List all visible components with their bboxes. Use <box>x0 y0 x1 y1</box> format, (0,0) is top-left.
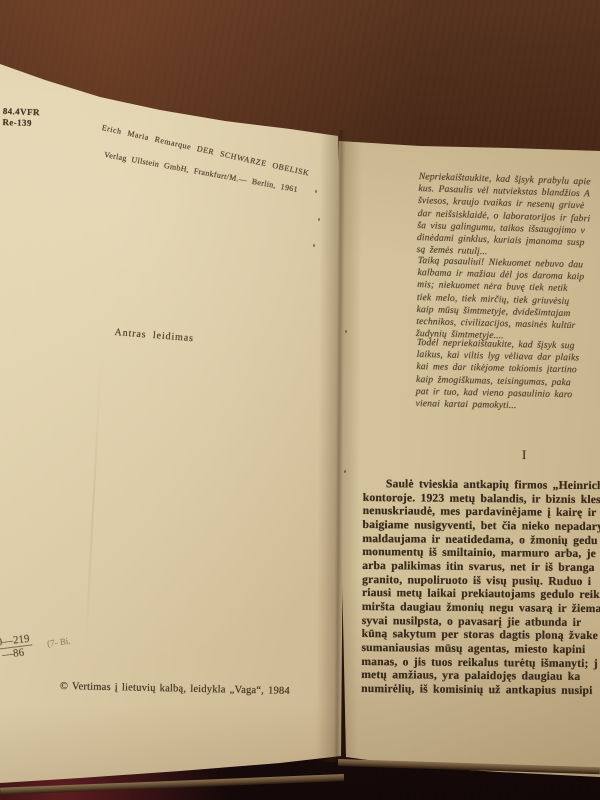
paper-fleck <box>313 244 315 247</box>
text-line: numirėlių, iš komisinių už antkapius nus… <box>361 682 600 698</box>
paper-fleck <box>344 470 346 473</box>
book-gutter-shadow <box>316 130 362 762</box>
shelf-mark-line2: Re-139 <box>2 117 39 129</box>
paper-fleck <box>315 190 317 193</box>
chapter-heading: I <box>522 448 527 463</box>
epigraph-paragraph-1: Nepriekaištaukite, kad šįsyk prabylu api… <box>416 171 591 262</box>
library-stamp: 0—219 —86 (7- Bi. <box>0 632 34 661</box>
epigraph-paragraph-3: Todėl nepriekaištaukite, kad šįsyk sugla… <box>415 337 579 414</box>
paper-fleck <box>318 218 320 221</box>
book-photo: 84.4VFR Re-139 Erich Maria Remarque DER … <box>0 0 600 800</box>
paper-fleck <box>345 330 347 333</box>
epigraph-paragraph-2: Taiką pasauliui! Niekuomet nebuvo daukal… <box>416 255 585 345</box>
body-text: Saulė tvieskia antkapių firmos „Heinrich… <box>361 477 600 698</box>
shelf-mark: 84.4VFR Re-139 <box>2 106 40 129</box>
